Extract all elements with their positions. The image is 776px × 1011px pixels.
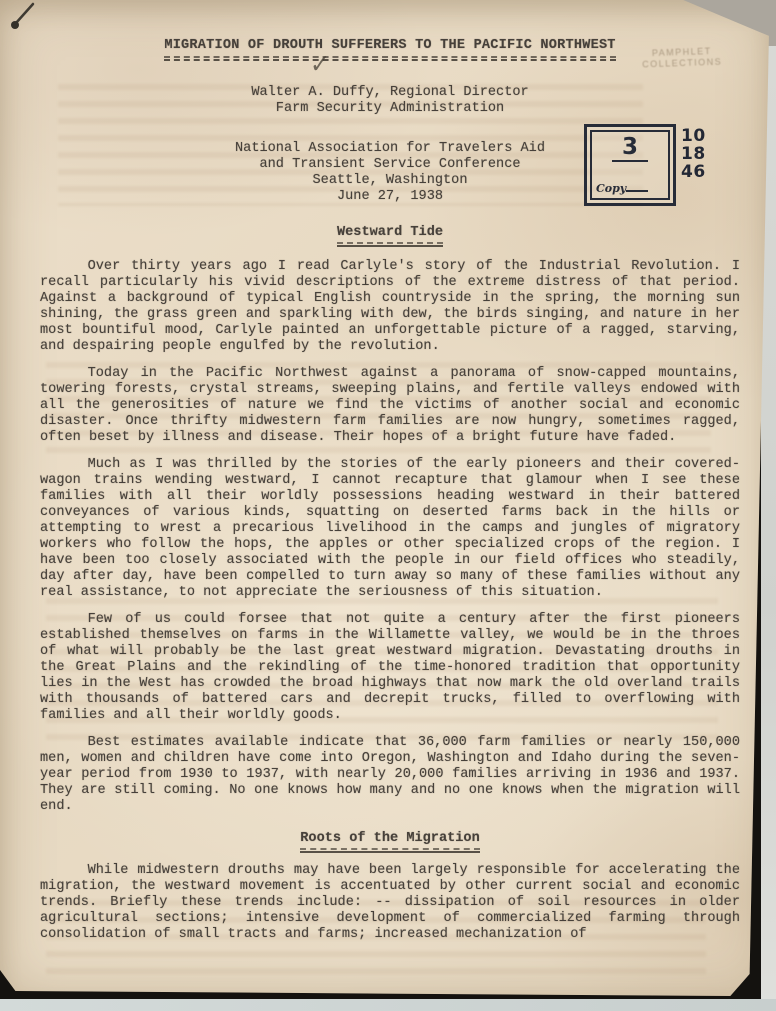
typewritten-content: MIGRATION OF DROUTH SUFFERERS TO THE PAC… bbox=[40, 34, 740, 954]
paragraph: While midwestern drouths may have been l… bbox=[40, 863, 740, 943]
event-line: and Transient Service Conference bbox=[40, 157, 740, 173]
event-date-line: June 27, 1938 bbox=[40, 189, 740, 205]
document-title: MIGRATION OF DROUTH SUFFERERS TO THE PAC… bbox=[40, 38, 740, 61]
paragraph: Best estimates available indicate that 3… bbox=[40, 735, 740, 815]
paragraph: Today in the Pacific Northwest against a… bbox=[40, 366, 740, 446]
scanned-document-page: PAMPHLET COLLECTIONS 3 Copy 10 18 46 ✓ M… bbox=[0, 0, 776, 1011]
paragraph: Much as I was thrilled by the stories of… bbox=[40, 457, 740, 601]
byline-block: Walter A. Duffy, Regional Director Farm … bbox=[40, 85, 740, 117]
author-agency-line: Farm Security Administration bbox=[40, 101, 740, 117]
event-location-line: Seattle, Washington bbox=[40, 173, 740, 189]
event-block: National Association for Travelers Aid a… bbox=[40, 141, 740, 205]
scanner-background-bottom bbox=[0, 999, 776, 1011]
author-name-line: Walter A. Duffy, Regional Director bbox=[40, 85, 740, 101]
paragraph: Over thirty years ago I read Carlyle's s… bbox=[40, 259, 740, 355]
section-heading-roots-of-migration: Roots of the Migration bbox=[40, 831, 740, 853]
paragraph: Few of us could forsee that not quite a … bbox=[40, 612, 740, 724]
event-line: National Association for Travelers Aid bbox=[40, 141, 740, 157]
section-heading-westward-tide: Westward Tide bbox=[40, 225, 740, 247]
